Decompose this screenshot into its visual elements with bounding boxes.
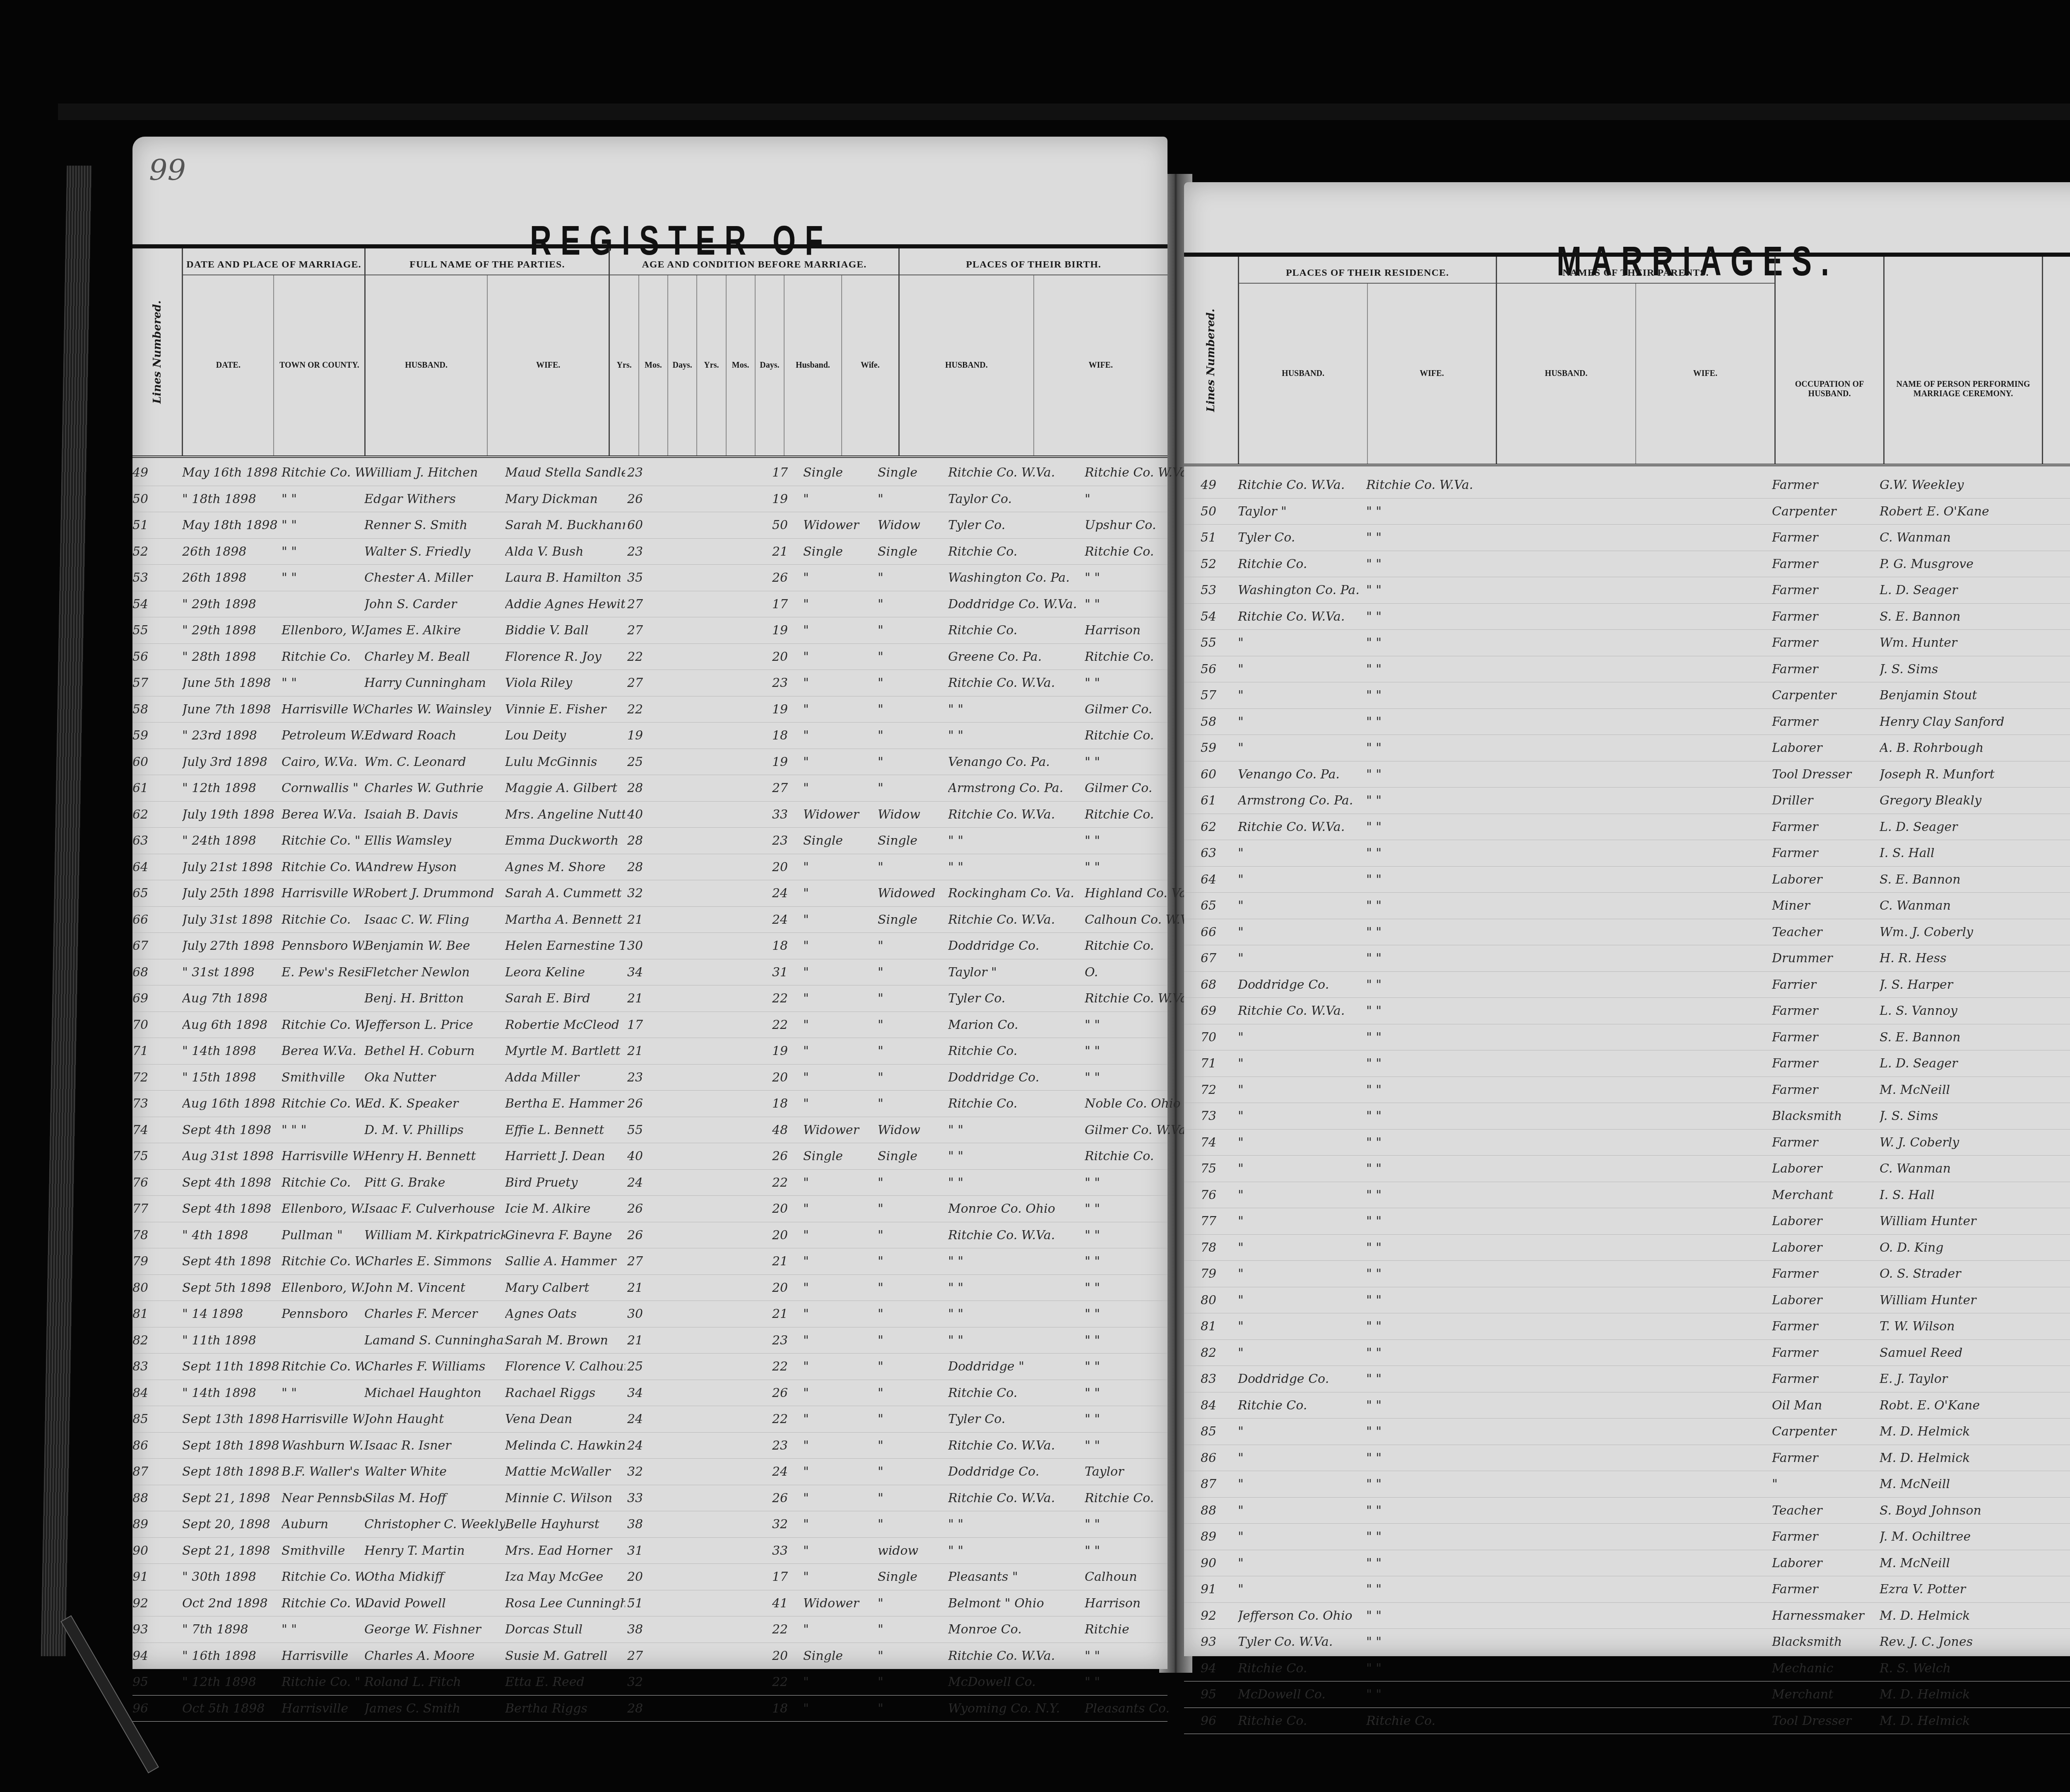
cell-h-age: 38 <box>627 1517 656 1532</box>
cell-wife: Rosa Lee Cunningham <box>505 1596 625 1611</box>
cell-w-status: " <box>878 965 948 980</box>
cell-w-status: " <box>878 1464 948 1479</box>
cell-occupation: Farmer <box>1772 1529 1880 1544</box>
cell-date: " 11th 1898 <box>182 1333 282 1348</box>
cell-w-res: " " <box>1366 951 1490 966</box>
cell-place: Petroleum W.Va. <box>282 728 364 743</box>
cell-officiant: M. D. Helmick <box>1880 1714 2037 1728</box>
cell-no: 52 <box>132 544 174 559</box>
cell-w-res: Ritchie Co. <box>1366 1714 1490 1728</box>
table-row: 90Sept 21, 1898SmithvilleHenry T. Martin… <box>132 1538 1167 1564</box>
cell-h-res: " <box>1238 1214 1374 1228</box>
cell-date: 26th 1898 <box>182 571 282 585</box>
cell-w-status: " <box>878 1412 948 1426</box>
cell-h-res: " <box>1238 1161 1374 1176</box>
cell-officiant: S. E. Bannon <box>1880 1030 2037 1045</box>
cell-husband: David Powell <box>364 1596 505 1611</box>
cell-w-res: " " <box>1366 1451 1490 1465</box>
right-column-header: Lines Numbered. PLACES OF THEIR RESIDENC… <box>1184 253 2070 466</box>
cell-place: Ritchie Co. W.Va. <box>282 860 364 874</box>
table-row: 79Sept 4th 1898Ritchie Co. W.Va.Charles … <box>132 1248 1167 1275</box>
cell-w-age: 19 <box>772 702 801 717</box>
cell-h-age: 24 <box>627 1412 656 1426</box>
table-row: 95McDowell Co." "MerchantM. D. Helmick <box>1184 1681 2070 1708</box>
cell-husband: Charles W. Wainsley <box>364 702 505 717</box>
cell-no: 83 <box>132 1359 174 1374</box>
cell-wife: Sallie A. Hammer <box>505 1254 625 1269</box>
cell-w-res: " " <box>1366 898 1490 913</box>
cell-wife: Mary Calbert <box>505 1281 625 1295</box>
cell-h-birth: Tyler Co. <box>948 991 1085 1006</box>
cell-date: Aug 31st 1898 <box>182 1149 282 1163</box>
cell-w-status: Single <box>878 1149 948 1163</box>
cell-occupation: Laborer <box>1772 1556 1880 1570</box>
cell-h-res: " <box>1238 741 1374 755</box>
cell-no: 84 <box>132 1386 174 1400</box>
cell-w-age: 33 <box>772 1544 801 1558</box>
cell-no: 91 <box>1201 1582 1234 1597</box>
cell-h-age: 51 <box>627 1596 656 1611</box>
table-row: 62Ritchie Co. W.Va." "FarmerL. D. Seager <box>1184 814 2070 841</box>
cell-no: 59 <box>132 728 174 743</box>
cell-h-res: " <box>1238 1424 1374 1439</box>
table-row: 73Aug 16th 1898Ritchie Co. W.Va.Ed. K. S… <box>132 1091 1167 1117</box>
cell-husband: James E. Alkire <box>364 623 505 638</box>
cell-h-res: " <box>1238 925 1374 939</box>
cell-w-age: 50 <box>772 518 801 532</box>
cell-husband: Wm. C. Leonard <box>364 755 505 769</box>
cell-h-res: " <box>1238 1451 1374 1465</box>
cell-occupation: Farmer <box>1772 1030 1880 1045</box>
cell-w-age: 33 <box>772 807 801 822</box>
cell-husband: Charles F. Williams <box>364 1359 505 1374</box>
table-row: 96Oct 5th 1898HarrisvilleJames C. SmithB… <box>132 1696 1167 1722</box>
cell-husband: Fletcher Newlon <box>364 965 505 980</box>
cell-w-res: " " <box>1366 1635 1490 1649</box>
cell-occupation: Farmer <box>1772 1267 1880 1281</box>
cell-date: Sept 4th 1898 <box>182 1175 282 1190</box>
cell-w-status: " <box>878 1096 948 1111</box>
cell-h-status: Single <box>803 1649 874 1663</box>
cell-h-status: " <box>803 1491 874 1505</box>
table-row: 69Aug 7th 1898Benj. H. BrittonSarah E. B… <box>132 985 1167 1012</box>
cell-w-status: " <box>878 1070 948 1085</box>
hdr-parents: NAMES OF THEIR PARENTS. HUSBAND. WIFE. <box>1497 257 1776 464</box>
cell-h-res: Ritchie Co. <box>1238 1714 1374 1728</box>
cell-w-age: 20 <box>772 1649 801 1663</box>
cell-husband: Isaac R. Isner <box>364 1438 505 1453</box>
cell-h-res: Ritchie Co. W.Va. <box>1238 478 1374 492</box>
cell-husband: Oka Nutter <box>364 1070 505 1085</box>
cell-date: " 7th 1898 <box>182 1622 282 1637</box>
cell-w-res: " " <box>1366 767 1490 782</box>
cell-w-age: 18 <box>772 939 801 953</box>
cell-h-birth: Monroe Co. Ohio <box>948 1202 1085 1216</box>
hdr-residence: PLACES OF THEIR RESIDENCE. HUSBAND. WIFE… <box>1239 257 1497 464</box>
cell-date: Sept 18th 1898 <box>182 1464 282 1479</box>
cell-wife: Florence V. Calhoun <box>505 1359 625 1374</box>
table-row: 87Sept 18th 1898B.F. Waller'sWalter Whit… <box>132 1459 1167 1485</box>
cell-w-status: Widow <box>878 518 948 532</box>
cell-husband: Benj. H. Britton <box>364 991 505 1006</box>
hdr-town-county: TOWN OR COUNTY. <box>274 275 364 455</box>
cell-w-status: " <box>878 571 948 585</box>
cell-occupation: Farmer <box>1772 609 1880 624</box>
cell-h-status: " <box>803 1070 874 1085</box>
cell-date: Sept 20, 1898 <box>182 1517 282 1532</box>
cell-date: Oct 5th 1898 <box>182 1701 282 1716</box>
cell-h-birth: Doddridge Co. <box>948 939 1085 953</box>
cell-h-age: 22 <box>627 650 656 664</box>
cell-h-birth: " " <box>948 1517 1085 1532</box>
cell-place: Ellenboro, W.Va. <box>282 623 364 638</box>
cell-occupation: Tool Dresser <box>1772 767 1880 782</box>
cell-wife: Iza May McGee <box>505 1570 625 1584</box>
cell-w-res: " " <box>1366 1477 1490 1491</box>
cell-w-age: 19 <box>772 492 801 506</box>
table-row: 72" 15th 1898SmithvilleOka NutterAdda Mi… <box>132 1065 1167 1091</box>
cell-h-birth: " " <box>948 1254 1085 1269</box>
cell-w-status: " <box>878 1228 948 1243</box>
cell-no: 72 <box>132 1070 174 1085</box>
cell-husband: Robert J. Drummond <box>364 886 505 901</box>
cell-officiant: Henry Clay Sanford <box>1880 715 2037 729</box>
cell-no: 82 <box>1201 1346 1234 1360</box>
cell-h-status: " <box>803 886 874 901</box>
cell-w-status: Widow <box>878 807 948 822</box>
cell-w-res: " " <box>1366 1135 1490 1150</box>
cell-h-birth: Ritchie Co. <box>948 1096 1085 1111</box>
cell-officiant: J. S. Sims <box>1880 662 2037 677</box>
cell-husband: Walter White <box>364 1464 505 1479</box>
cell-occupation: Laborer <box>1772 741 1880 755</box>
cell-h-status: " <box>803 571 874 585</box>
cell-w-res: " " <box>1366 1556 1490 1570</box>
cell-wife: Sarah A. Cummett <box>505 886 625 901</box>
cell-w-res: " " <box>1366 1424 1490 1439</box>
cell-h-age: 23 <box>627 1070 656 1085</box>
cell-place: Harrisville <box>282 1701 364 1716</box>
cell-h-birth: Rockingham Co. Va. <box>948 886 1085 901</box>
cell-occupation: Blacksmith <box>1772 1635 1880 1649</box>
cell-date: " 18th 1898 <box>182 492 282 506</box>
table-row: 77Sept 4th 1898Ellenboro, W.Va.Isaac F. … <box>132 1196 1167 1222</box>
cell-place: " " <box>282 571 364 585</box>
cell-w-res: " " <box>1366 846 1490 860</box>
cell-no: 78 <box>1201 1240 1234 1255</box>
cell-wife: Emma Duckworth <box>505 833 625 848</box>
cell-w-status: Single <box>878 913 948 927</box>
cell-officiant: M. McNeill <box>1880 1556 2037 1570</box>
cell-w-status: Single <box>878 1570 948 1584</box>
cell-w-status: widow <box>878 1544 948 1558</box>
cell-officiant: E. J. Taylor <box>1880 1372 2037 1386</box>
cell-w-status: " <box>878 1386 948 1400</box>
cell-husband: Edgar Withers <box>364 492 505 506</box>
table-row: 50" 18th 1898" "Edgar WithersMary Dickma… <box>132 486 1167 513</box>
cell-husband: Otha Midkiff <box>364 1570 505 1584</box>
cell-no: 92 <box>132 1596 174 1611</box>
cell-occupation: " <box>1772 1477 1880 1491</box>
cell-w-age: 23 <box>772 1333 801 1348</box>
cell-h-status: " <box>803 1675 874 1689</box>
cell-no: 94 <box>1201 1661 1234 1676</box>
cell-place: B.F. Waller's <box>282 1464 364 1479</box>
cell-place: Pullman " <box>282 1228 364 1243</box>
cell-no: 65 <box>1201 898 1234 913</box>
cell-occupation: Merchant <box>1772 1687 1880 1702</box>
cell-h-birth: Tyler Co. <box>948 518 1085 532</box>
cell-wife: Sarah M. Buckhannon <box>505 518 625 532</box>
cell-w-res: " " <box>1366 925 1490 939</box>
cell-no: 88 <box>132 1491 174 1505</box>
cell-husband: Charles W. Guthrie <box>364 781 505 795</box>
cell-officiant: T. W. Wilson <box>1880 1319 2037 1334</box>
cell-w-res: " " <box>1366 1267 1490 1281</box>
table-row: 72"" "FarmerM. McNeill <box>1184 1077 2070 1103</box>
cell-place: Ritchie Co. W.Va. <box>282 1596 364 1611</box>
cell-h-status: Widower <box>803 518 874 532</box>
cell-w-age: 21 <box>772 1254 801 1269</box>
cell-w-res: Ritchie Co. W.Va. <box>1366 478 1490 492</box>
cell-no: 68 <box>1201 978 1234 992</box>
cell-h-res: " <box>1238 1188 1374 1202</box>
table-row: 67"" "DrummerH. R. Hess <box>1184 945 2070 972</box>
table-row: 96Ritchie Co.Ritchie Co.Tool DresserM. D… <box>1184 1708 2070 1734</box>
cell-occupation: Farmer <box>1772 1372 1880 1386</box>
cell-wife: Bird Pruety <box>505 1175 625 1190</box>
cell-w-age: 23 <box>772 1438 801 1453</box>
hdr-line-numbered: Lines Numbered. <box>132 248 183 455</box>
cell-h-birth: Wyoming Co. N.Y. <box>948 1701 1085 1716</box>
cell-no: 64 <box>1201 872 1234 887</box>
cell-w-res: " " <box>1366 820 1490 834</box>
table-row: 64"" "LaborerS. E. Bannon <box>1184 867 2070 893</box>
hdr-officiant: NAME OF PERSON PERFORMING MARRIAGE CEREM… <box>1885 257 2043 464</box>
cell-husband: Ellis Wamsley <box>364 833 505 848</box>
cell-wife: Maggie A. Gilbert <box>505 781 625 795</box>
table-row: 87"" ""M. McNeill <box>1184 1471 2070 1498</box>
cell-occupation: Farmer <box>1772 1319 1880 1334</box>
cell-occupation: Laborer <box>1772 1240 1880 1255</box>
cell-wife: Mrs. Angeline Nutter <box>505 807 625 822</box>
cell-h-res: Armstrong Co. Pa. <box>1238 793 1374 808</box>
cell-husband: Charles E. Simmons <box>364 1254 505 1269</box>
cell-w-res: " " <box>1366 1319 1490 1334</box>
cell-h-status: Single <box>803 544 874 559</box>
cell-no: 57 <box>132 676 174 690</box>
table-row: 66July 31st 1898Ritchie Co.Isaac C. W. F… <box>132 907 1167 933</box>
cell-w-status: " <box>878 650 948 664</box>
cell-h-birth: Armstrong Co. Pa. <box>948 781 1085 795</box>
cell-no: 52 <box>1201 557 1234 571</box>
cell-h-status: " <box>803 702 874 717</box>
cell-officiant: Gregory Bleakly <box>1880 793 2037 808</box>
table-row: 85Sept 13th 1898Harrisville W.Va.John Ha… <box>132 1406 1167 1433</box>
cell-occupation: Carpenter <box>1772 504 1880 519</box>
cell-wife: Florence R. Joy <box>505 650 625 664</box>
cell-occupation: Farrier <box>1772 978 1880 992</box>
cell-husband: Henry T. Martin <box>364 1544 505 1558</box>
cell-h-res: " <box>1238 662 1374 677</box>
cell-w-age: 22 <box>772 1675 801 1689</box>
cell-h-age: 23 <box>627 544 656 559</box>
cell-h-status: " <box>803 1333 874 1348</box>
cell-h-age: 28 <box>627 781 656 795</box>
cell-w-status: " <box>878 1044 948 1058</box>
cell-h-birth: " " <box>948 1123 1085 1137</box>
cell-no: 80 <box>1201 1293 1234 1308</box>
cell-h-birth: Ritchie Co. <box>948 1386 1085 1400</box>
table-row: 88Sept 21, 1898Near PennsboroSilas M. Ho… <box>132 1485 1167 1512</box>
cell-h-status: " <box>803 1228 874 1243</box>
cell-occupation: Farmer <box>1772 1582 1880 1597</box>
cell-w-age: 26 <box>772 1386 801 1400</box>
cell-h-res: Ritchie Co. W.Va. <box>1238 820 1374 834</box>
cell-no: 93 <box>132 1622 174 1637</box>
cell-h-res: " <box>1238 872 1374 887</box>
cell-h-age: 26 <box>627 492 656 506</box>
cell-officiant: Samuel Reed <box>1880 1346 2037 1360</box>
cell-w-status: " <box>878 939 948 953</box>
cell-wife: Myrtle M. Bartlett <box>505 1044 625 1058</box>
table-row: 51Tyler Co." "FarmerC. Wanman <box>1184 525 2070 551</box>
cell-place: Ellenboro, W.Va. <box>282 1202 364 1216</box>
table-row: 65"" "MinerC. Wanman <box>1184 893 2070 919</box>
cell-occupation: Laborer <box>1772 1214 1880 1228</box>
cell-no: 84 <box>1201 1398 1234 1413</box>
cell-wife: Lulu McGinnis <box>505 755 625 769</box>
cell-h-res: " <box>1238 1477 1374 1491</box>
cell-h-birth: Doddridge Co. <box>948 1464 1085 1479</box>
cell-no: 81 <box>132 1307 174 1321</box>
cell-husband: Edward Roach <box>364 728 505 743</box>
cell-no: 74 <box>132 1123 174 1137</box>
cell-place: Ritchie Co. W.Va. <box>282 1096 364 1111</box>
table-row: 85"" "CarpenterM. D. Helmick <box>1184 1419 2070 1445</box>
cell-officiant: G.W. Weekley <box>1880 478 2037 492</box>
cell-h-age: 40 <box>627 1149 656 1163</box>
cell-no: 53 <box>1201 583 1234 597</box>
cell-h-birth: Marion Co. <box>948 1018 1085 1032</box>
cell-place: " " <box>282 1622 364 1637</box>
cell-officiant: William Hunter <box>1880 1293 2037 1308</box>
cell-h-age: 27 <box>627 1649 656 1663</box>
cell-h-status: " <box>803 676 874 690</box>
table-row: 80Sept 5th 1898Ellenboro, W.Va.John M. V… <box>132 1275 1167 1301</box>
cell-w-res: " " <box>1366 688 1490 703</box>
cell-officiant: L. S. Vannoy <box>1880 1004 2037 1018</box>
cell-w-status: " <box>878 1018 948 1032</box>
cell-h-status: " <box>803 1438 874 1453</box>
cell-date: " 12th 1898 <box>182 781 282 795</box>
cell-no: 49 <box>1201 478 1234 492</box>
cell-wife: Addie Agnes Hewitt <box>505 597 625 612</box>
cell-no: 69 <box>1201 1004 1234 1018</box>
table-row: 52Ritchie Co." "FarmerP. G. Musgrove <box>1184 551 2070 578</box>
table-row: 60Venango Co. Pa." "Tool DresserJoseph R… <box>1184 761 2070 788</box>
cell-h-status: " <box>803 939 874 953</box>
cell-h-age: 26 <box>627 1202 656 1216</box>
cell-husband: Ed. K. Speaker <box>364 1096 505 1111</box>
table-row: 66"" "TeacherWm. J. Coberly <box>1184 919 2070 946</box>
cell-no: 63 <box>1201 846 1234 860</box>
cell-no: 83 <box>1201 1372 1234 1386</box>
cell-h-res: " <box>1238 898 1374 913</box>
cell-h-res: " <box>1238 1030 1374 1045</box>
table-row: 55" 29th 1898Ellenboro, W.Va.James E. Al… <box>132 617 1167 644</box>
cell-h-age: 27 <box>627 623 656 638</box>
cell-officiant: W. J. Coberly <box>1880 1135 2037 1150</box>
table-row: 53Washington Co. Pa." "FarmerL. D. Seage… <box>1184 577 2070 604</box>
cell-officiant: I. S. Hall <box>1880 846 2037 860</box>
cell-occupation: Laborer <box>1772 1293 1880 1308</box>
hdr-date: DATE. <box>183 275 274 455</box>
table-row: 76"" "MerchantI. S. Hall <box>1184 1182 2070 1209</box>
cell-no: 66 <box>132 913 174 927</box>
cell-date: Aug 16th 1898 <box>182 1096 282 1111</box>
cell-h-res: " <box>1238 636 1374 650</box>
cell-no: 89 <box>132 1517 174 1532</box>
cell-h-birth: Ritchie Co. W.Va. <box>948 807 1085 822</box>
cell-h-res: Venango Co. Pa. <box>1238 767 1374 782</box>
cell-date: " 12th 1898 <box>182 1675 282 1689</box>
table-row: 57"" "CarpenterBenjamin Stout <box>1184 682 2070 709</box>
table-row: 61Armstrong Co. Pa." "DrillerGregory Ble… <box>1184 788 2070 814</box>
cell-occupation: Farmer <box>1772 1004 1880 1018</box>
cell-w-status: " <box>878 991 948 1006</box>
cell-w-status: Single <box>878 544 948 559</box>
table-row: 81" 14 1898PennsboroCharles F. MercerAgn… <box>132 1301 1167 1327</box>
cell-h-birth: " " <box>948 833 1085 848</box>
cell-h-birth: Ritchie Co. W.Va. <box>948 913 1085 927</box>
cell-h-age: 21 <box>627 1333 656 1348</box>
right-page: MARRIAGES. Lines Numbered. PLACES OF THE… <box>1184 182 2070 1656</box>
cell-no: 67 <box>1201 951 1234 966</box>
cell-occupation: Tool Dresser <box>1772 1714 1880 1728</box>
cell-occupation: Farmer <box>1772 1451 1880 1465</box>
cell-h-status: " <box>803 1412 874 1426</box>
cell-place: Ritchie Co. " <box>282 833 364 848</box>
table-row: 5326th 1898" "Chester A. MillerLaura B. … <box>132 565 1167 591</box>
cell-wife: Bertha Riggs <box>505 1701 625 1716</box>
cell-no: 58 <box>1201 715 1234 729</box>
cell-w-status: " <box>878 623 948 638</box>
table-row: 78"" "LaborerO. D. King <box>1184 1235 2070 1261</box>
cell-occupation: Carpenter <box>1772 688 1880 703</box>
cell-h-status: " <box>803 1517 874 1532</box>
cell-place: Cairo, W.Va. <box>282 755 364 769</box>
cell-h-age: 60 <box>627 518 656 532</box>
cell-no: 72 <box>1201 1083 1234 1097</box>
cell-wife: Ginevra F. Bayne <box>505 1228 625 1243</box>
cell-husband: Walter S. Friedly <box>364 544 505 559</box>
cell-w-status: " <box>878 492 948 506</box>
cell-w-age: 21 <box>772 544 801 559</box>
cell-w-status: " <box>878 1596 948 1611</box>
cell-place: " " " <box>282 1123 364 1137</box>
cell-place: Harrisville W.Va. <box>282 702 364 717</box>
cell-officiant: Robt. E. O'Kane <box>1880 1398 2037 1413</box>
cell-wife: Effie L. Bennett <box>505 1123 625 1137</box>
cell-no: 93 <box>1201 1635 1234 1649</box>
cell-no: 65 <box>132 886 174 901</box>
cell-h-age: 28 <box>627 860 656 874</box>
cell-officiant: O. D. King <box>1880 1240 2037 1255</box>
cell-no: 63 <box>132 833 174 848</box>
cell-w-age: 41 <box>772 1596 801 1611</box>
cell-date: Sept 11th 1898 <box>182 1359 282 1374</box>
